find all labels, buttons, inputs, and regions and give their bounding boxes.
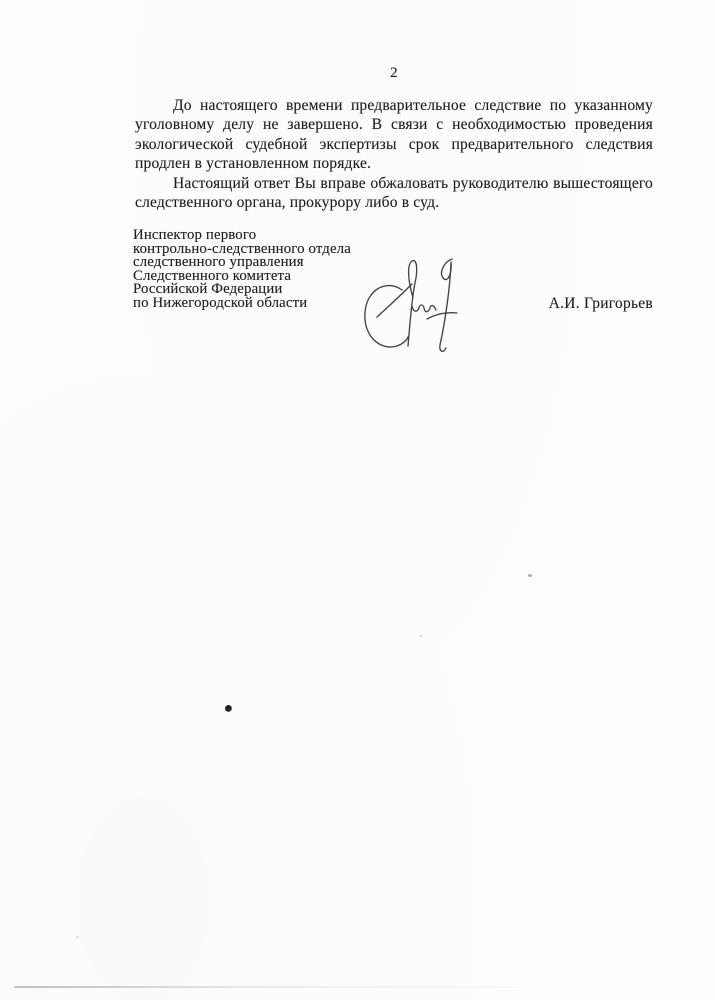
body-line: продлен в установленном порядке. bbox=[135, 154, 653, 173]
scan-speck-artifact bbox=[76, 936, 79, 938]
body-line: До настоящего времени предварительное сл… bbox=[135, 96, 653, 115]
body-line: экологической судебной экспертизы срок п… bbox=[135, 135, 653, 154]
paragraph-2: Настоящий ответ Вы вправе обжаловать рук… bbox=[135, 174, 653, 213]
body-line: Настоящий ответ Вы вправе обжаловать рук… bbox=[135, 174, 653, 193]
scan-speck-artifact bbox=[419, 635, 422, 637]
body-line: уголовному делу не завершено. В связи с … bbox=[135, 115, 653, 134]
body-text: До настоящего времени предварительное сл… bbox=[135, 96, 653, 212]
page-edge-scan-line bbox=[14, 986, 644, 988]
scanned-document-page: 2 До настоящего времени предварительное … bbox=[0, 0, 715, 1000]
ink-dot-artifact bbox=[225, 705, 232, 712]
signer-name: А.И. Григорьев bbox=[135, 295, 653, 313]
body-line: следственного органа, прокурору либо в с… bbox=[135, 193, 653, 212]
page-number: 2 bbox=[135, 65, 653, 82]
scan-speck-artifact bbox=[528, 574, 532, 577]
paragraph-1: До настоящего времени предварительное сл… bbox=[135, 96, 653, 174]
